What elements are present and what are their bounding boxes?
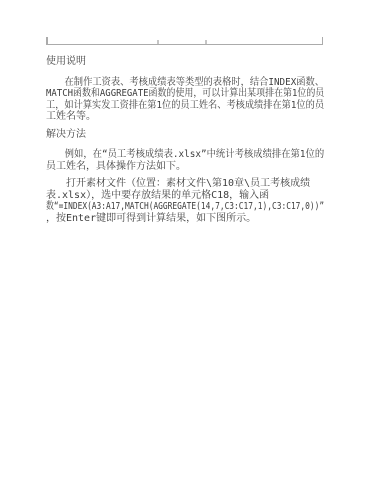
text-line: 例如，在“员工考核成绩表.xlsx”中统计考核成绩排在第1位的 <box>46 149 305 161</box>
paragraph-intro: 在制作工资表、考核成绩表等类型的表格时，结合INDEX函数、 MATCH函数和A… <box>46 77 324 123</box>
table-column-divider <box>157 40 159 45</box>
table-column-divider <box>205 40 207 45</box>
text-line: 表.xlsx），选中要存放结果的单元格C18，输入函 <box>46 190 324 202</box>
section-heading-usage: 使用说明 <box>46 56 324 68</box>
table-border-left-tick <box>46 37 48 44</box>
text-line: 工姓名等。 <box>46 111 324 123</box>
text-line: 打开素材文件（位置：素材文件\第10章\员工考核成绩 <box>46 178 324 190</box>
section-heading-solution: 解决方法 <box>46 129 324 141</box>
text-line: 员工姓名，具体操作方法如下。 <box>46 161 324 173</box>
text-line: MATCH函数和AGGREGATE函数的使用，可以计算出某项排在第1位的员 <box>46 88 295 100</box>
text-line: 在制作工资表、考核成绩表等类型的表格时，结合INDEX函数、 <box>46 77 304 89</box>
document-page: 使用说明 在制作工资表、考核成绩表等类型的表格时，结合INDEX函数、 MATC… <box>0 0 370 480</box>
table-border-right-tick <box>322 37 324 44</box>
formula-text-line: 数“=INDEX(A3:A17,MATCH(AGGREGATE(14,7,C3:… <box>46 201 265 213</box>
document-content: 使用说明 在制作工资表、考核成绩表等类型的表格时，结合INDEX函数、 MATC… <box>46 56 324 230</box>
paragraph-example: 例如，在“员工考核成绩表.xlsx”中统计考核成绩排在第1位的 员工姓名，具体操… <box>46 149 324 172</box>
text-line: ，按Enter键即可得到计算结果，如下图所示。 <box>46 213 324 225</box>
paragraph-steps: 打开素材文件（位置：素材文件\第10章\员工考核成绩 表.xlsx），选中要存放… <box>46 178 324 224</box>
text-line: 工，如计算实发工资排在第1位的员工姓名、考核成绩排在第1位的员 <box>46 100 302 112</box>
table-bottom-border <box>46 38 323 45</box>
